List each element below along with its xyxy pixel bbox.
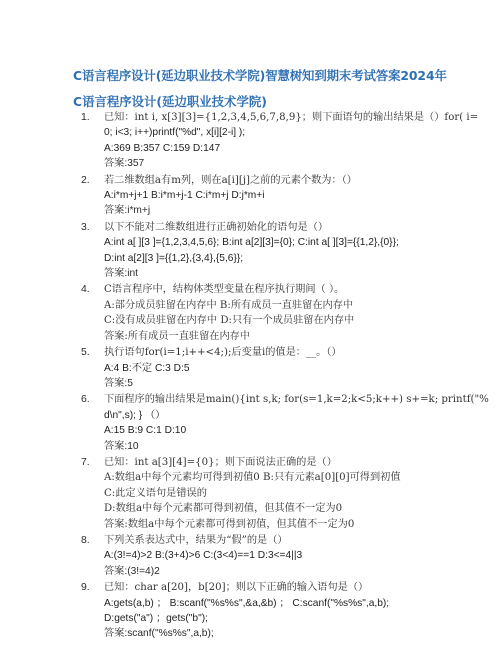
question-number: 3. <box>81 220 90 235</box>
question-number: 9. <box>81 580 90 595</box>
question-item: 2. 若二维数组a有m列，则在a[i][j]之前的元素个数为：（） A:i*m+… <box>0 173 500 219</box>
question-list: 1. 已知：int i, x[3][3]={1,2,3,4,5,6,7,8,9}… <box>0 110 500 642</box>
question-answer: 答案:所有成员一直驻留在内存中 <box>104 329 480 344</box>
document-page: C语言程序设计(延边职业技术学院)智慧树知到期末考试答案2024年 C语言程序设… <box>0 0 500 647</box>
question-item: 3. 以下不能对二维数组进行正确初始化的语句是（） A:int a[ ][3 ]… <box>0 220 500 282</box>
question-number: 5. <box>81 345 90 360</box>
question-stem: 执行语句for(i=1;i++<4;);后变量i的值是：__。（） <box>104 345 480 360</box>
question-stem: 已知：int a[3][4]={0}；则下面说法正确的是（） <box>104 455 480 470</box>
question-options: D:gets("a") ；gets("b"); <box>104 611 480 626</box>
question-answer: 答案:357 <box>104 156 480 171</box>
question-answer: 答案:i*m+j <box>104 203 480 218</box>
question-stem: 若二维数组a有m列，则在a[i][j]之前的元素个数为：（） <box>104 173 480 188</box>
question-options: A:i*m+j+1 B:i*m+j-1 C:i*m+j D:j*m+i <box>104 188 480 203</box>
question-answer: 答案:5 <box>104 376 480 391</box>
question-options: A:int a[ ][3 ]={1,2,3,4,5,6}; B:int a[2]… <box>104 235 480 250</box>
question-options: A:部分成员驻留在内存中 B:所有成员一直驻留在内存中 <box>104 298 480 313</box>
question-number: 7. <box>81 455 90 470</box>
question-answer: 答案:数组a中每个元素都可得到初值，但其值不一定为0 <box>104 517 480 532</box>
question-item: 9. 已知：char a[20]，b[20]；则以下正确的输入语句是（） A:g… <box>0 580 500 642</box>
question-stem: 下列关系表达式中，结果为“假”的是（） <box>104 533 480 548</box>
question-options: C:没有成员驻留在内存中 D:只有一个成员驻留在内存中 <box>104 313 480 328</box>
question-number: 1. <box>81 110 90 125</box>
question-number: 6. <box>81 392 90 407</box>
question-item: 7. 已知：int a[3][4]={0}；则下面说法正确的是（） A:数组a中… <box>0 455 500 532</box>
question-answer: 答案:scanf("%s%s",a,b); <box>104 626 480 641</box>
question-number: 4. <box>81 282 90 297</box>
question-stem-cont: d\n",s); } （） <box>104 408 480 423</box>
question-stem: 已知：int i, x[3][3]={1,2,3,4,5,6,7,8,9}；则下… <box>104 110 480 125</box>
question-options: D:int a[2][3 ]={{1,2},{3,4},{5,6}}; <box>104 251 480 266</box>
question-options: A:369 B:357 C:159 D:147 <box>104 141 480 156</box>
question-options: A:gets(a,b) ； B:scanf("%s%s",&a,&b) ； C:… <box>104 596 480 611</box>
question-options: A:4 B:不定 C:3 D:5 <box>104 361 480 376</box>
question-stem: 已知：char a[20]，b[20]；则以下正确的输入语句是（） <box>104 580 480 595</box>
question-options: A:15 B:9 C:1 D:10 <box>104 423 480 438</box>
question-number: 2. <box>81 173 90 188</box>
question-item: 1. 已知：int i, x[3][3]={1,2,3,4,5,6,7,8,9}… <box>0 110 500 172</box>
question-answer: 答案:(3!=4)2 <box>104 564 480 579</box>
section-title: C语言程序设计(延边职业技术学院) <box>73 92 267 110</box>
question-answer: 答案:int <box>104 266 480 281</box>
question-stem: 以下不能对二维数组进行正确初始化的语句是（） <box>104 220 480 235</box>
question-stem: C语言程序中，结构体类型变量在程序执行期间（ ）。 <box>104 282 480 297</box>
document-title: C语言程序设计(延边职业技术学院)智慧树知到期末考试答案2024年 <box>73 66 493 84</box>
question-options: A:(3!=4)>2 B:(3+4)>6 C:(3<4)==1 D:3<=4||… <box>104 548 480 563</box>
question-item: 6. 下面程序的输出结果是main(){int s,k; for(s=1,k=2… <box>0 392 500 454</box>
question-answer: 答案:10 <box>104 439 480 454</box>
question-options: D:数组a中每个元素都可得到初值，但其值不一定为0 <box>104 501 480 516</box>
question-stem-cont: 0; i<3; i++)printf("%d", x[i][2-i] ); <box>104 125 480 140</box>
question-item: 4. C语言程序中，结构体类型变量在程序执行期间（ ）。 A:部分成员驻留在内存… <box>0 282 500 344</box>
question-item: 8. 下列关系表达式中，结果为“假”的是（） A:(3!=4)>2 B:(3+4… <box>0 533 500 579</box>
question-stem: 下面程序的输出结果是main(){int s,k; for(s=1,k=2;k<… <box>104 392 480 407</box>
question-options: A:数组a中每个元素均可得到初值0 B:只有元素a[0][0]可得到初值 <box>104 470 480 485</box>
question-number: 8. <box>81 533 90 548</box>
question-options: C:此定义语句是错误的 <box>104 486 480 501</box>
question-item: 5. 执行语句for(i=1;i++<4;);后变量i的值是：__。（） A:4… <box>0 345 500 391</box>
